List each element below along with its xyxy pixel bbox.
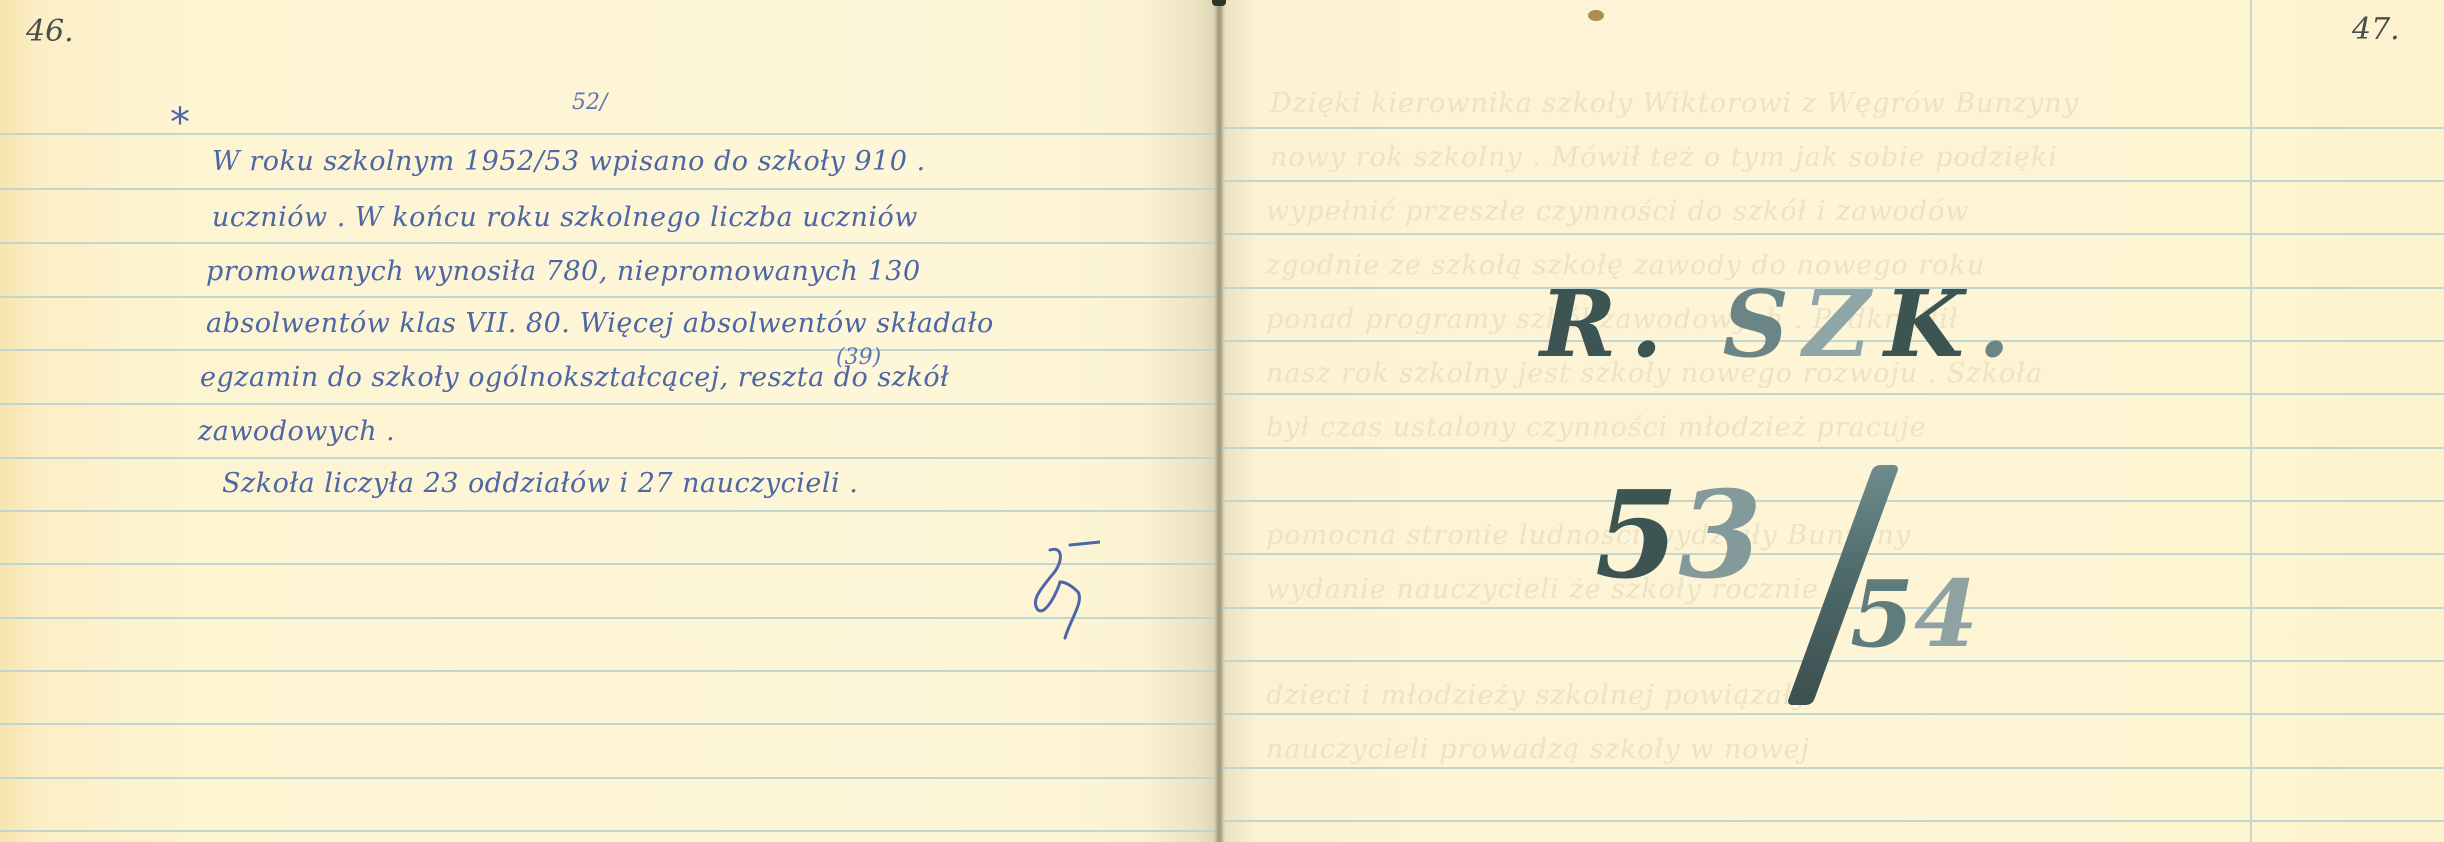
title-letter-s: S [1723, 270, 1803, 378]
title-letter-k: K [1884, 270, 1978, 378]
school-year-second: 54 [1850, 560, 1978, 668]
right-margin-line [2250, 0, 2252, 842]
handwritten-line-4: absolwentów klas VII. 80. Więcej absolwe… [206, 308, 994, 339]
year-correction-superscript: 52/ [572, 90, 607, 115]
title-dot: . [1978, 270, 2024, 378]
rule-line [1220, 127, 2444, 129]
rule-line [1220, 767, 2444, 769]
rule-line [0, 830, 1220, 832]
bleed-through-line: nauczycieli prowadzą szkoły w nowej [1266, 734, 1810, 765]
rule-line [1220, 447, 2444, 449]
rule-line [1220, 660, 2444, 662]
signature [1020, 520, 1100, 650]
handwritten-line-1: W roku szkolnym 1952/53 wpisano do szkoł… [212, 146, 926, 177]
rule-line [0, 296, 1220, 298]
left-page: 46. * 52/ W roku szkolnym 1952/53 wpisan… [0, 0, 1220, 842]
rule-line [0, 670, 1220, 672]
handwritten-line-2: uczniów . W końcu roku szkolnego liczba … [212, 202, 918, 233]
rule-line [0, 723, 1220, 725]
title-letter-z: Z [1803, 270, 1884, 378]
paper-stain [1588, 10, 1604, 21]
handwritten-line-3: promowanych wynosiła 780, niepromowanych… [206, 256, 921, 287]
rule-line [1220, 553, 2444, 555]
footnote-superscript: (39) [836, 345, 881, 370]
bleed-through-line: Dzięki kierownika szkoły Wiktorowi z Węg… [1270, 88, 2079, 119]
year-first-digit-b: 3 [1679, 465, 1763, 606]
rule-line [0, 242, 1220, 244]
bleed-through-line: wypełnić przeszłe czynności do szkół i z… [1266, 196, 1969, 227]
rule-line [0, 403, 1220, 405]
handwritten-line-6: zawodowych . [198, 416, 395, 447]
bleed-through-line: pomocna stronie ludności wydziały Bunzyn… [1266, 520, 1911, 551]
right-page: Dzięki kierownika szkoły Wiktorowi z Węg… [1220, 0, 2444, 842]
page-number-left: 46. [26, 14, 74, 49]
title-prefix: R. [1540, 270, 1677, 378]
rule-line [1220, 820, 2444, 822]
handwritten-line-7: Szkoła liczyła 23 oddziałów i 27 nauczyc… [222, 468, 858, 499]
bleed-through-line: nowy rok szkolny . Mówił też o tym jak s… [1270, 142, 2058, 173]
page-number-right: 47. [2352, 12, 2400, 47]
rule-line [0, 777, 1220, 779]
rule-line [0, 510, 1220, 512]
year-second-digit-b: 4 [1914, 560, 1978, 668]
spine-binding-mark [1212, 0, 1226, 6]
bleed-through-line: dzieci i młodzieży szkolnej powiązały [1266, 680, 1809, 711]
rule-line [1220, 500, 2444, 502]
rule-line [1220, 713, 2444, 715]
rule-line [1220, 180, 2444, 182]
year-second-digit-a: 5 [1850, 560, 1914, 668]
rule-line [0, 188, 1220, 190]
brush-title: R. SZK. [1540, 270, 2024, 378]
year-first-digit-a: 5 [1595, 465, 1679, 606]
rule-line [1220, 393, 2444, 395]
rule-line [0, 349, 1220, 351]
rule-line [0, 457, 1220, 459]
school-year-first: 53 [1595, 465, 1762, 606]
book-spine [1214, 0, 1224, 842]
notebook-spread: 46. * 52/ W roku szkolnym 1952/53 wpisan… [0, 0, 2444, 842]
asterisk-mark: * [170, 100, 190, 146]
bleed-through-line: był czas ustalony czynności młodzież pra… [1266, 412, 1927, 443]
rule-line [1220, 233, 2444, 235]
